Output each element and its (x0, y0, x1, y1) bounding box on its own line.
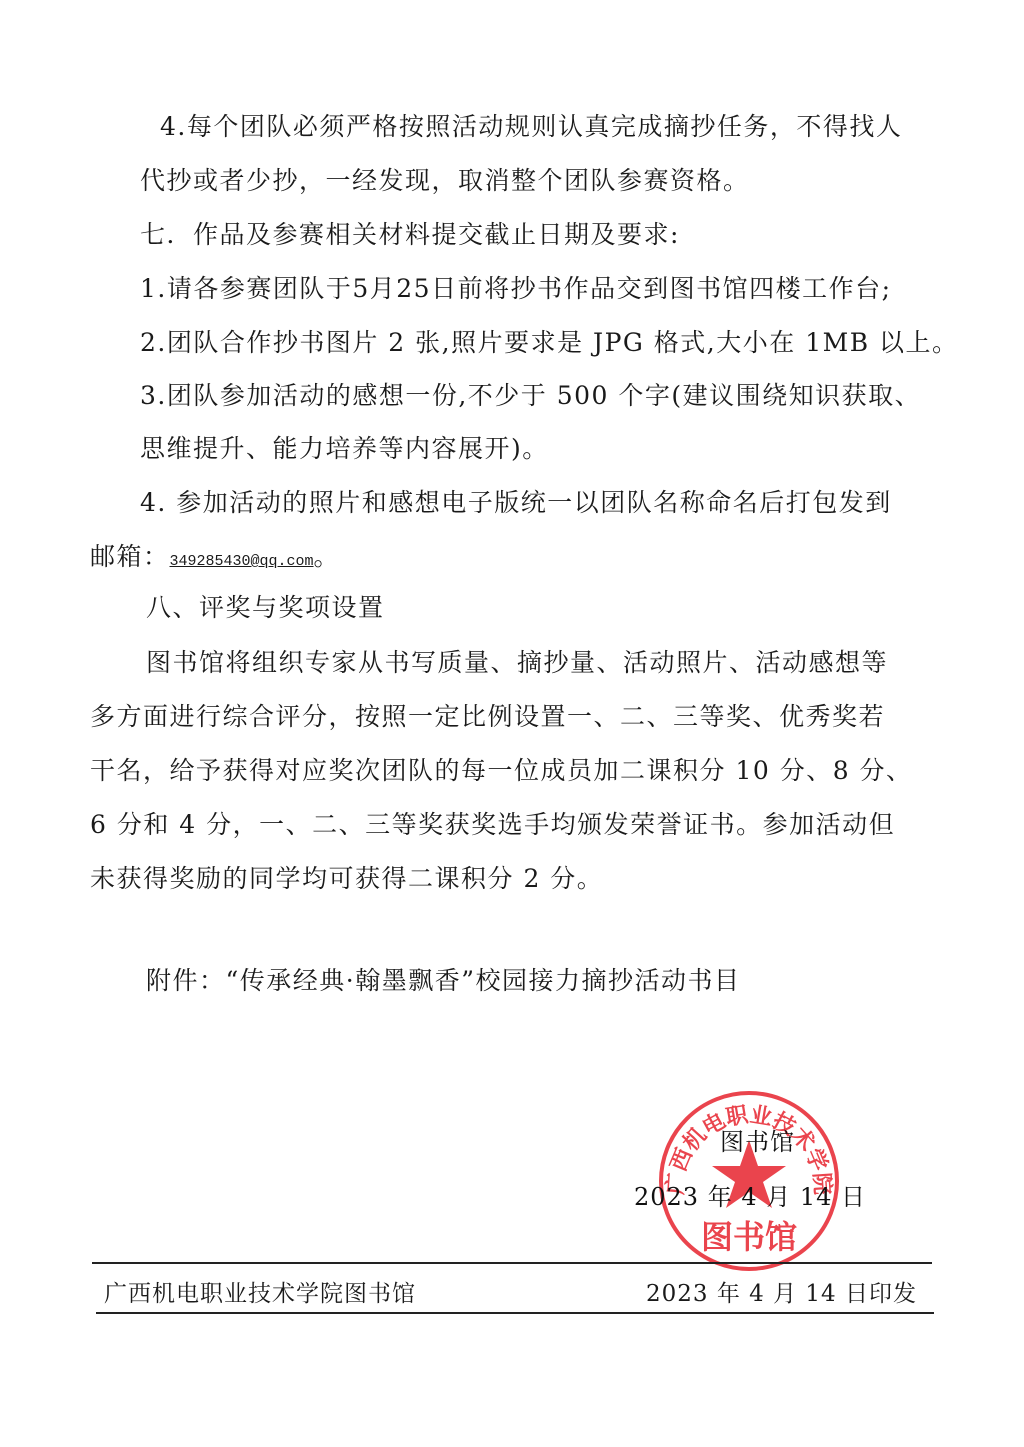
signature-org: 图书馆 (720, 1128, 795, 1156)
submission-item-3: 3.团队参加活动的感想一份,不少于 500 个字(建议围绕知识获取、 (140, 381, 921, 411)
email-link[interactable]: 349285430@qq.com (170, 553, 314, 570)
awards-paragraph-line-5: 未获得奖励的同学均可获得二课积分 2 分。 (90, 864, 603, 894)
email-label: 邮箱： (90, 542, 170, 571)
submission-item-2: 2.团队合作抄书图片 2 张,照片要求是 JPG 格式,大小在 1MB 以上。 (140, 328, 959, 358)
rule-item-4: 4.每个团队必须严格按照活动规则认真完成摘抄任务，不得找人 (160, 112, 902, 142)
official-seal-stamp: 广西机电职业技术学院 图书馆 (656, 1088, 842, 1274)
email-line: 邮箱：349285430@qq.com。 (90, 542, 340, 577)
submission-item-3-cont: 思维提升、能力培养等内容展开)。 (140, 434, 549, 464)
footer-top-rule (92, 1262, 932, 1264)
awards-paragraph-line-4: 6 分和 4 分，一、二、三等奖获奖选手均颁发荣誉证书。参加活动但 (90, 810, 895, 840)
awards-paragraph-line-3: 干名，给予获得对应奖次团队的每一位成员加二课积分 10 分、8 分、 (90, 756, 913, 786)
footer-issuer: 广西机电职业技术学院图书馆 (104, 1280, 416, 1308)
rule-item-4-cont: 代抄或者少抄，一经发现，取消整个团队参赛资格。 (140, 166, 750, 196)
submission-item-4: 4. 参加活动的照片和感想电子版统一以团队名称命名后打包发到 (140, 488, 892, 518)
email-suffix: 。 (314, 542, 341, 571)
seal-center-text: 图书馆 (701, 1218, 797, 1256)
footer-bottom-rule (96, 1312, 934, 1314)
awards-paragraph-line-1: 图书馆将组织专家从书写质量、摘抄量、活动照片、活动感想等 (146, 648, 888, 678)
awards-paragraph-line-2: 多方面进行综合评分，按照一定比例设置一、二、三等奖、优秀奖若 (90, 702, 885, 732)
attachment-line: 附件：“传承经典·翰墨飘香”校园接力摘抄活动书目 (146, 966, 741, 996)
section-7-heading: 七．作品及参赛相关材料提交截止日期及要求: (140, 220, 680, 250)
footer-issue-date: 2023 年 4 月 14 日印发 (646, 1280, 917, 1308)
submission-item-1: 1.请各参赛团队于5月25日前将抄书作品交到图书馆四楼工作台; (140, 274, 892, 304)
section-8-heading: 八、评奖与奖项设置 (146, 593, 385, 623)
signature-date: 2023 年 4 月 14 日 (634, 1183, 866, 1211)
